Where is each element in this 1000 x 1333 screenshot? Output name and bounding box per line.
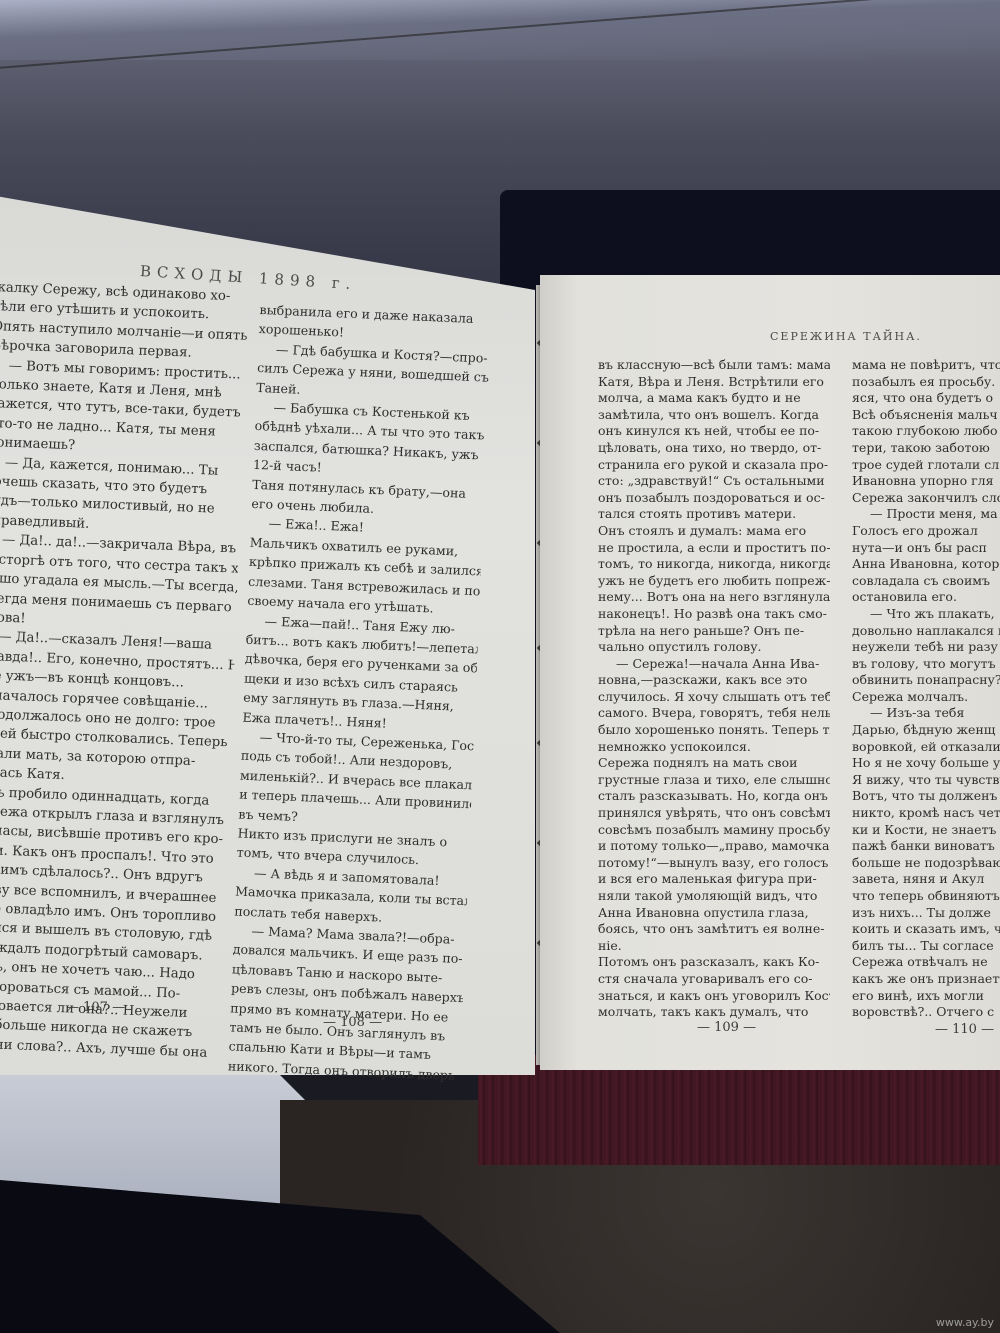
page-110-text: мама не повѣритъ, чтопозабылъ ея просьбу… (852, 357, 1000, 1021)
text-line: нему... Вотъ она на него взглянула, (598, 589, 830, 606)
text-line: Голосъ его дрожал (852, 523, 1000, 540)
folio-109: — 109 — (697, 1020, 756, 1035)
running-head-right: СЕРЕЖИНА ТАЙНА. (770, 330, 922, 343)
text-line: потому!“—вынулъ вазу, его голосъ (598, 855, 830, 872)
text-line: самого. Вчера, говорятъ, тебя нельзя (598, 705, 830, 722)
text-line: остановила его. (852, 589, 1000, 606)
folio-108: — 108 — (323, 1015, 382, 1030)
text-line: Потомъ онъ разсказалъ, какъ Ко- (598, 954, 830, 971)
text-line: совсѣмъ позабылъ мамину просьбу, (598, 822, 830, 839)
text-line: Всѣ объясненія мальч (852, 407, 1000, 424)
text-line: наконецъ!. Но развѣ она такъ смо- (598, 606, 830, 623)
text-line: трѣла на него раньше? Онъ пе- (598, 623, 830, 640)
text-line: пажѣ банки виноватъ (852, 838, 1000, 855)
text-line: Я вижу, что ты чувствуеш (852, 772, 1000, 789)
page-108-text: выбранила его и даже наказалахорошенько!… (227, 300, 491, 1085)
text-line: въ голову, что могутъ (852, 656, 1000, 673)
page-107-text: жалку Сережу, всѣ одинаково хо-тѣли его … (0, 278, 249, 1063)
text-line: Сережа молчалъ. (852, 689, 1000, 706)
text-line: сталъ разсказывать. Но, когда онъ (598, 788, 830, 805)
text-line: Но я не хочу больше у (852, 755, 1000, 772)
text-line: билъ ты... Ты согласе (852, 938, 1000, 955)
text-line: было хорошенько понять. Теперь ты (598, 722, 830, 739)
text-line: стя сначала уговаривалъ его со- (598, 971, 830, 988)
text-line: нута—и онъ бы расп (852, 540, 1000, 557)
text-line: и потому только—„право, мамочка, (598, 838, 830, 855)
text-line: ніе. (598, 938, 830, 955)
text-line: — Сережа!—начала Анна Ива- (598, 656, 830, 673)
text-line: Вотъ, что ты долженъ те (852, 788, 1000, 805)
text-line: странила его рукой и сказала про- (598, 457, 830, 474)
text-line: яся, что она будетъ о (852, 390, 1000, 407)
text-line: воровкой, ей отказали (852, 739, 1000, 756)
text-line: воровствѣ?.. Отчего с (852, 1004, 1000, 1021)
text-line: замѣтила, что онъ вошелъ. Когда (598, 407, 830, 424)
text-line: Сережа закончилъ слов (852, 490, 1000, 507)
red-book-page-edges (478, 1055, 1000, 1165)
background-window-sheen (0, 0, 1000, 60)
text-line: молча, а мама какъ будто и не (598, 390, 830, 407)
text-line: няли такой умоляющій видъ, что (598, 888, 830, 905)
text-line: позабылъ ея просьбу. С (852, 374, 1000, 391)
text-line: молчать, такъ какъ думалъ, что (598, 1004, 830, 1021)
text-line: что теперь обвиняютъ (852, 888, 1000, 905)
text-line: томъ, то никогда, никогда, никогда (598, 556, 830, 573)
text-line: обвинить понапрасну? (852, 672, 1000, 689)
page-109-text: въ классную—всѣ были тамъ: мама,Катя, Вѣ… (598, 357, 830, 1021)
text-line: не простила, а если и проститъ по- (598, 540, 830, 557)
text-line: какъ же онъ признаетъ (852, 971, 1000, 988)
text-line: цѣловать, она тихо, но твердо, от- (598, 440, 830, 457)
text-line: боясь, что онъ замѣтитъ ея волне- (598, 921, 830, 938)
text-line: чально опустилъ голову. (598, 639, 830, 656)
text-line: тери, такою заботою (852, 440, 1000, 457)
text-line: знаться, и какъ онъ уговорилъ Костю (598, 988, 830, 1005)
text-line: Сережа поднялъ на мать свои (598, 755, 830, 772)
text-line: его винѣ, ихъ могли (852, 988, 1000, 1005)
text-line: такою глубокою любо (852, 423, 1000, 440)
text-line: Анна Ивановна, котора (852, 556, 1000, 573)
text-line: совладала съ своимъ (852, 573, 1000, 590)
text-line: и вся его маленькая фигура при- (598, 871, 830, 888)
text-line: никто, кромѣ насъ четве (852, 805, 1000, 822)
text-line: изъ нихъ... Ты долже (852, 905, 1000, 922)
folio-110: — 110 — (935, 1022, 994, 1037)
text-line: Дарью, бѣдную женщ (852, 722, 1000, 739)
text-line: Ивановна упорно гля (852, 473, 1000, 490)
text-line: Катя, Вѣра и Леня. Встрѣтили его (598, 374, 830, 391)
text-line: ужъ не будетъ его любить попреж- (598, 573, 830, 590)
text-line: мама не повѣритъ, что (852, 357, 1000, 374)
text-line: трое судей глотали сл (852, 457, 1000, 474)
text-line: тался стоять противъ матери. (598, 506, 830, 523)
text-line: немножко успокоился. (598, 739, 830, 756)
text-line: неужели тебѣ ни разу (852, 639, 1000, 656)
text-line: принялся увѣрять, что онъ совсѣмъ, (598, 805, 830, 822)
text-line: Анна Ивановна опустила глаза, (598, 905, 830, 922)
text-line: ки и Кости, не знаетъ (852, 822, 1000, 839)
text-line: больше не подозрѣваю (852, 855, 1000, 872)
text-line: — Что жъ плакать, (852, 606, 1000, 623)
text-line: новна,—разскажи, какъ все это (598, 672, 830, 689)
text-line: случилось. Я хочу слышать отъ тебя (598, 689, 830, 706)
watermark: www.ay.by (936, 1316, 994, 1329)
text-line: въ классную—всѣ были тамъ: мама, (598, 357, 830, 374)
folio-107: — 107 — (66, 1000, 125, 1015)
text-line: сто: „здравствуй!“ Съ остальными (598, 473, 830, 490)
text-line: — Прости меня, ма (852, 506, 1000, 523)
text-line: коить и сказать имъ, ч (852, 921, 1000, 938)
text-line: онъ кинулся къ ней, чтобы ее по- (598, 423, 830, 440)
text-line: довольно наплакался вч (852, 623, 1000, 640)
text-line: Сережа отвѣчалъ не (852, 954, 1000, 971)
text-line: онъ позабылъ поздороваться и ос- (598, 490, 830, 507)
text-line: завета, няня и Акул (852, 871, 1000, 888)
text-line: Онъ стоялъ и думалъ: мама его (598, 523, 830, 540)
text-line: — Изъ-за тебя (852, 705, 1000, 722)
text-line: грустные глаза и тихо, еле слышно, (598, 772, 830, 789)
